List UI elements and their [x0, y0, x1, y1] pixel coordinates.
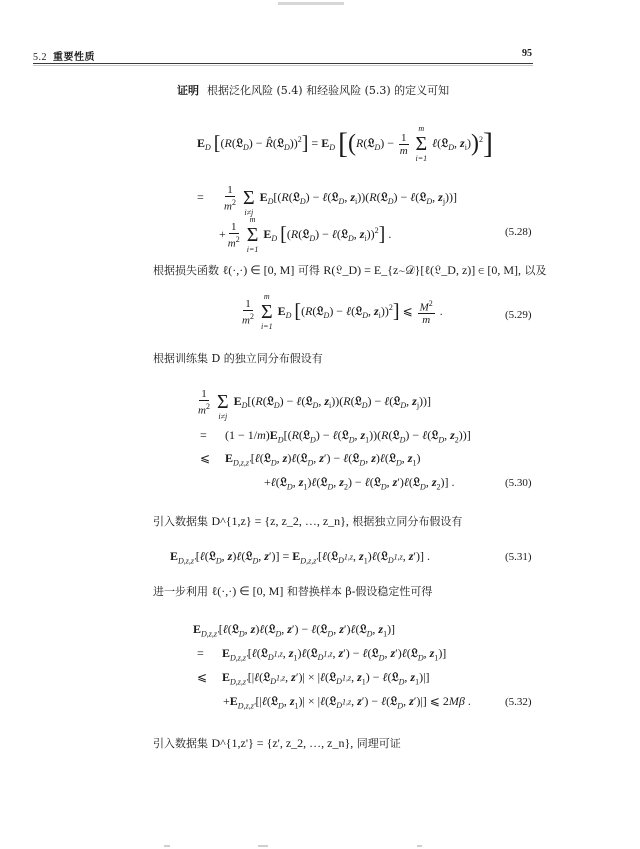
inline-math-risk-range: R(𝔏_D) = E_{z∼𝒟}[ℓ(𝔏_D, z)] ∈ [0, M], — [323, 263, 521, 277]
proof-label: 证明 — [177, 84, 199, 97]
inline-math-dataset-2: D^{1,z'} = {z', z_2, …, z_n}, — [212, 736, 354, 750]
eq-5-32-line4: +ED,z,z'[|ℓ(𝔏D, z1)| × |ℓ(𝔏D1,z, z′) − ℓ… — [223, 694, 471, 710]
running-header: 5.2重要性质 — [33, 48, 95, 63]
header-rule-shadow — [33, 65, 533, 66]
eq-5-30-line3: ⩽ ED,z,z'[ℓ(𝔏D, z)ℓ(𝔏D, z′) − ℓ(𝔏D, z)ℓ(… — [200, 451, 420, 467]
eq-number-5-29: (5.29) — [505, 309, 532, 321]
text-iid: 根据训练集 D 的独立同分布假设有 — [153, 352, 323, 366]
scan-artifact-bottom-3 — [417, 845, 422, 847]
section-title: 重要性质 — [53, 52, 95, 63]
eq-5-29: 1m2 mΣi=1 ED [(R(𝔏D) − ℓ(𝔏D, zi))2] ⩽ M2… — [240, 292, 443, 332]
eq-5-32-line2: = ED,z,z'[ℓ(𝔏D1,z, z1)ℓ(𝔏D1,z, z′) − ℓ(𝔏… — [197, 646, 446, 662]
header-rule — [33, 63, 533, 64]
text-dataset-1: 引入数据集 D^{1,z} = {z, z_2, …, z_n}, 根据独立同分… — [153, 514, 462, 529]
eq-5-31: ED,z,z'[ℓ(𝔏D, z)ℓ(𝔏D, z′)] = ED,z,z'[ℓ(𝔏… — [170, 549, 430, 565]
eq-5-32-line3: ⩽ ED,z,z'[|ℓ(𝔏D1,z, z′)| × |ℓ(𝔏D1,z, z1)… — [197, 670, 430, 686]
eq-5-30-line2: = (1 − 1/m)ED[(R(𝔏D) − ℓ(𝔏D, z1))(R(𝔏D) … — [200, 428, 471, 444]
text-loss-bound: 根据损失函数 ℓ(·,·) ∈ [0, M] 可得 R(𝔏_D) = E_{z∼… — [153, 263, 547, 278]
eq-5-28-line2: = 1m2 Σi≠j ED[(R(𝔏D) − ℓ(𝔏D, zi))(R(𝔏D) … — [197, 178, 457, 218]
scan-artifact-bottom-2 — [258, 845, 268, 847]
inline-math-loss-range: ℓ(·,·) ∈ [0, M] — [223, 263, 295, 277]
eq-5-28-line3: +1m2 mΣi=1 ED [(R(𝔏D) − ℓ(𝔏D, zi))2] . — [219, 215, 391, 255]
section-number: 5.2 — [33, 52, 47, 63]
scan-artifact-top — [278, 2, 344, 5]
eq-5-30-line4: +ℓ(𝔏D, z1)ℓ(𝔏D, z2) − ℓ(𝔏D, z′)ℓ(𝔏D, z2)… — [264, 475, 454, 491]
eq-number-5-32: (5.32) — [505, 696, 532, 708]
inline-math-dataset-1: D^{1,z} = {z, z_2, …, z_n}, — [212, 514, 349, 528]
eq-number-5-28: (5.28) — [505, 226, 532, 238]
text-dataset-2: 引入数据集 D^{1,z'} = {z', z_2, …, z_n}, 同理可证 — [153, 736, 401, 751]
page-number: 95 — [522, 48, 532, 59]
eq-5-28-line1: ED [(R(𝔏D) − R̂(𝔏D))2] = ED [(R(𝔏D) − 1m… — [197, 124, 493, 164]
eq-5-32-line1: ED,z,z'[ℓ(𝔏D, z)ℓ(𝔏D, z′) − ℓ(𝔏D, z′)ℓ(𝔏… — [193, 622, 395, 638]
scan-artifact-bottom-1 — [164, 845, 170, 847]
proof-intro-text: 根据泛化风险 (5.4) 和经验风险 (5.3) 的定义可知 — [207, 84, 449, 97]
inline-math-loss-range-2: ℓ(·,·) ∈ [0, M] — [212, 584, 284, 598]
proof-intro: 证明根据泛化风险 (5.4) 和经验风险 (5.3) 的定义可知 — [177, 84, 449, 98]
eq-number-5-30: (5.30) — [505, 477, 532, 489]
eq-5-30-line1: 1m2 Σi≠j ED[(R(𝔏D) − ℓ(𝔏D, zi))(R(𝔏D) − … — [196, 382, 431, 422]
eq-number-5-31: (5.31) — [505, 551, 532, 563]
text-stability: 进一步利用 ℓ(·,·) ∈ [0, M] 和替换样本 β-假设稳定性可得 — [153, 584, 432, 599]
